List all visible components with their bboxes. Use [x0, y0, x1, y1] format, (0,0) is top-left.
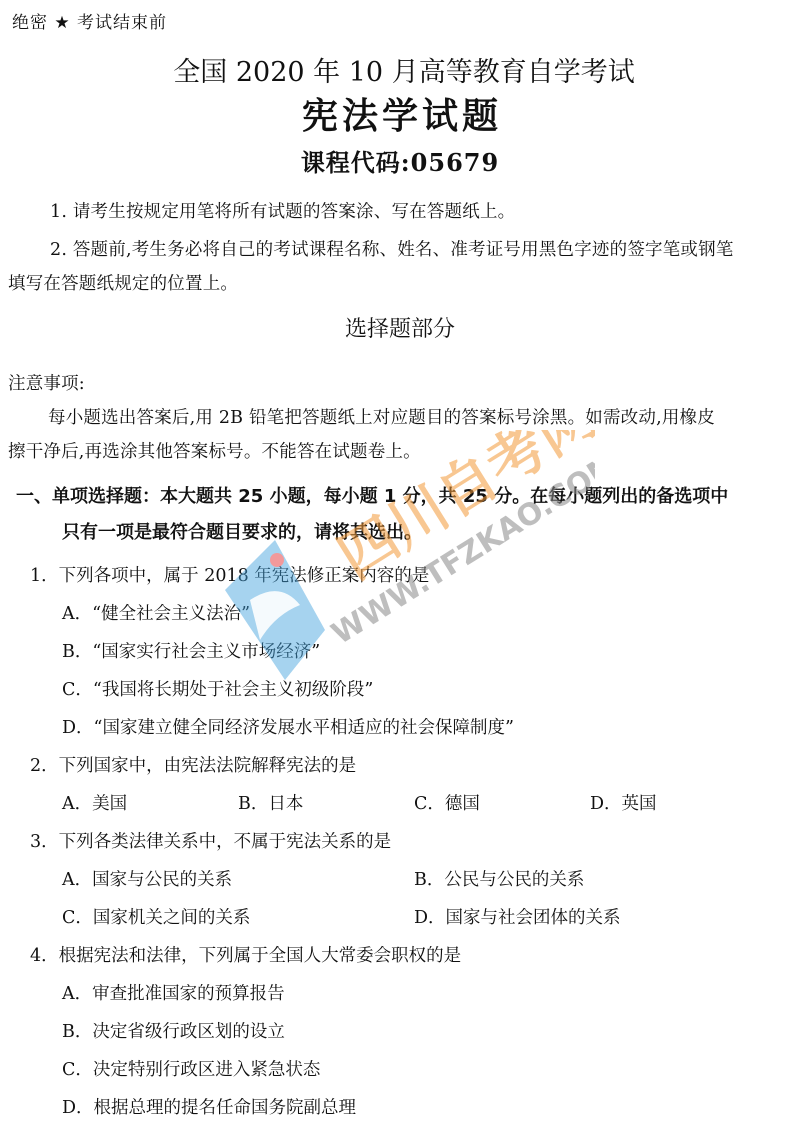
part-one-heading-continued: 只有一项是最符合题目要求的，请将其选出。: [62, 518, 422, 544]
notes-line-2: 擦干净后,再选涂其他答案标号。不能答在试题卷上。: [8, 438, 421, 463]
question-4-stem: 4．根据宪法和法律，下列属于全国人大常委会职权的是: [30, 942, 461, 967]
svg-text:WWW.TFZKAO.COM: WWW.TFZKAO.COM: [326, 447, 595, 652]
question-2-option-c: C．德国: [414, 790, 480, 815]
question-3-option-b: B．公民与公民的关系: [414, 866, 584, 891]
exam-title: 全国 2020 年 10 月高等教育自学考试: [0, 50, 800, 89]
notes-heading: 注意事项:: [8, 370, 85, 395]
question-4-option-d: D．根据总理的提名任命国务院副总理: [62, 1094, 356, 1119]
instruction-2-continued: 填写在答题纸规定的位置上。: [8, 270, 238, 295]
question-1-option-d: D．“国家建立健全同经济发展水平相适应的社会保障制度”: [62, 714, 514, 739]
notes-line-1: 每小题选出答案后,用 2B 铅笔把答题纸上对应题目的答案标号涂黑。如需改动,用橡…: [48, 404, 715, 429]
section-title: 选择题部分: [0, 312, 800, 343]
instruction-1: 1. 请考生按规定用笔将所有试题的答案涂、写在答题纸上。: [50, 198, 515, 223]
question-4-option-c: C．决定特别行政区进入紧急状态: [62, 1056, 320, 1081]
question-1-option-a: A．“健全社会主义法治”: [62, 600, 250, 625]
question-3-option-d: D．国家与社会团体的关系: [414, 904, 621, 929]
question-3-stem: 3．下列各类法律关系中，不属于宪法关系的是: [30, 828, 391, 853]
question-2-option-a: A．美国: [62, 790, 127, 815]
part-one-heading: 一、单项选择题：本大题共 25 小题，每小题 1 分，共 25 分。在每小题列出…: [16, 482, 728, 508]
course-code: 课程代码:05679: [0, 143, 800, 178]
question-1-option-b: B．“国家实行社会主义市场经济”: [62, 638, 320, 663]
question-1-option-c: C．“我国将长期处于社会主义初级阶段”: [62, 676, 373, 701]
question-1-stem: 1．下列各项中，属于 2018 年宪法修正案内容的是: [30, 562, 429, 587]
question-4-option-a: A．审查批准国家的预算报告: [62, 980, 285, 1005]
question-2-stem: 2．下列国家中，由宪法法院解释宪法的是: [30, 752, 356, 777]
question-4-option-b: B．决定省级行政区划的设立: [62, 1018, 285, 1043]
question-2-option-b: B．日本: [238, 790, 303, 815]
question-3-option-a: A．国家与公民的关系: [62, 866, 232, 891]
confidential-mark: 绝密 ★ 考试结束前: [12, 8, 167, 33]
subject-title: 宪法学试题: [0, 88, 800, 139]
question-3-option-c: C．国家机关之间的关系: [62, 904, 250, 929]
question-2-option-d: D．英国: [590, 790, 657, 815]
instruction-2: 2. 答题前,考生务必将自己的考试课程名称、姓名、准考证号用黑色字迹的签字笔或钢…: [50, 236, 734, 261]
